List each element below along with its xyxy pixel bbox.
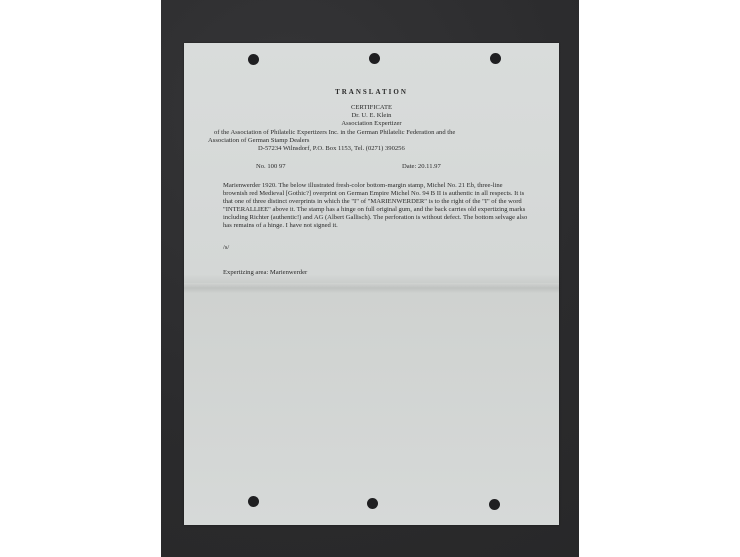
certificate-body: Marienwerder 1920. The below illustrated… [223, 182, 528, 231]
expert-role: Association Expertizer [184, 120, 559, 128]
punch-hole [367, 498, 378, 509]
punch-hole [489, 499, 500, 510]
affiliation-line-1: of the Association of Philatelic Experti… [214, 129, 455, 137]
paper-fold-line [184, 283, 559, 293]
affiliation-line-2: Association of German Stamp Dealers [208, 137, 309, 145]
expertizing-area: Expertizing area: Marienwerder [223, 269, 307, 277]
punch-hole [248, 54, 259, 65]
punch-hole [369, 53, 380, 64]
punch-hole [490, 53, 501, 64]
certificate-date: Date: 20.11.97 [402, 163, 441, 171]
certificate-number: No. 100 97 [256, 163, 286, 171]
certificate-paper: TRANSLATION CERTIFICATE Dr. U. E. Klein … [184, 43, 559, 525]
expert-name: Dr. U. E. Klein [184, 112, 559, 120]
document-title: TRANSLATION [184, 88, 559, 96]
signature-mark: /s/ [223, 244, 229, 252]
punch-hole [248, 496, 259, 507]
address-line: D-57234 Wilnsdorf, P.O. Box 1153, Tel. (… [258, 145, 405, 153]
certificate-heading: CERTIFICATE [184, 104, 559, 112]
